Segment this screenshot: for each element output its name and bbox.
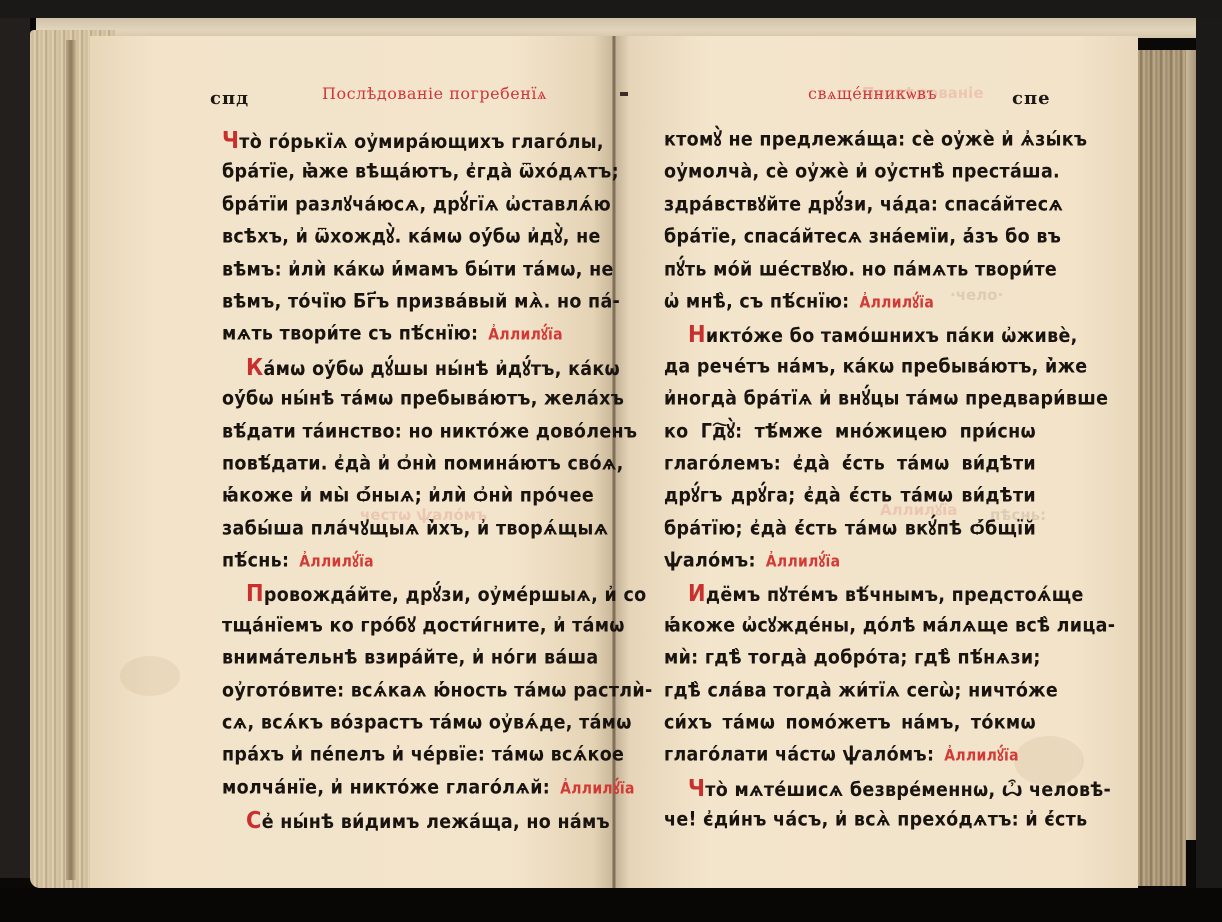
text-line: си́хъ та́мѡ помо́жетъ на́мъ, то́кмѡ <box>664 705 1036 741</box>
rubric-alleluia: А҆ллилꙋ́їа <box>859 294 934 312</box>
text-line: сѧ, всѧ́къ во́зрастъ та́мѡ оу҆вѧ́де, та́… <box>222 705 594 741</box>
text-line: ѱало́мъ:А҆ллилꙋ́їа <box>664 543 1036 579</box>
drop-initial: К <box>246 353 263 380</box>
text-line: вѣмъ, то́чїю Бг҃ъ призва́вый мѧ̀. но па́… <box>222 284 594 320</box>
rubric-alleluia: А҆ллилꙋ́їа <box>488 326 563 344</box>
text-line: ктомꙋ̀ не предлежа́ща: сѐ оу҆жѐ и҆ ѧ҆зы́… <box>664 122 1036 158</box>
text-line: ѡ҆ мнѣ̀, съ пѣ́снїю:А҆ллилꙋ́їа <box>664 284 1036 320</box>
text-line: да рече́тъ на́мъ, ка́кѡ пребыва́ютъ, и҆̀… <box>664 349 1036 385</box>
text-line: молча́нїе, и҆ никто́же глаго́лѧй:А҆ллилꙋ… <box>222 770 594 806</box>
backdrop-top <box>0 0 1222 18</box>
rubric-alleluia: А҆ллилꙋ́їа <box>944 748 1019 766</box>
text-line: повѣ́дати. є҆да̀ и҆ ѻ҆нѝ помина́ютъ сво́… <box>222 446 594 482</box>
text-line: Что̀ го́рькїѧ оу҆мира́ющихъ глаго́лы, <box>222 122 594 158</box>
drop-initial: Н <box>688 321 706 348</box>
text-line: Провожда́йте, дрꙋ́зи, оу҆ме́ршыѧ, и҆ со <box>222 576 594 612</box>
text-line: бра́тїе, спаса́йтесѧ зна́емїи, а҆́зъ бо … <box>664 219 1036 255</box>
text-line: Никто́же бо тамо́шнихъ па́ки ѡ҆живѐ, <box>664 316 1036 352</box>
text-line: здра́вствꙋйте дрꙋ́зи, ча́да: спаса́йтесѧ <box>664 187 1036 223</box>
book-top-edge <box>36 18 1196 38</box>
text-line: пра́хъ и҆ пе́пелъ и҆ че́рвїе: та́мѡ всѧ́… <box>222 737 594 773</box>
page-number-left: спд <box>210 88 249 109</box>
drop-initial: П <box>246 580 264 607</box>
right-page-edges <box>1136 50 1186 886</box>
text-line: ꙗ҆́коже ѡ҆сꙋжде́ны, до́лѣ ма́лѧще всѣ̀ л… <box>664 608 1036 644</box>
drop-initial: И <box>688 580 706 607</box>
paper-stain <box>120 656 180 696</box>
running-head-right: свѧще́нникѡвъ <box>808 84 937 104</box>
drop-initial: Ч <box>688 774 705 801</box>
text-line: дрꙋ́гъ дрꙋ́га; є҆да̀ є҆́сть та́мѡ ви́дѣт… <box>664 478 1036 514</box>
gutter-mark <box>620 92 628 96</box>
text-line: вѣмъ: и҆лѝ ка́кѡ и҆́мамъ бы́ти та́мѡ, не <box>222 252 594 288</box>
drop-initial: С <box>246 807 262 834</box>
text-line: всѣхъ, и҆ ѿхождꙋ̀. ка́мѡ оу҆́бѡ и҆дꙋ̀, н… <box>222 219 594 255</box>
text-line: гдѣ̀ сла́ва тогда̀ жи́тїѧ сегѡ̀; ничто́ж… <box>664 673 1036 709</box>
text-line: Ка́мѡ оу҆́бѡ дꙋ́шы ны́нѣ и҆дꙋ́тъ, ка́кѡ <box>222 349 594 385</box>
text-line: глаго́лемъ: є҆да̀ є҆́сть та́мѡ ви́дѣти <box>664 446 1036 482</box>
rubric-alleluia: А҆ллилꙋ́їа <box>560 780 635 798</box>
text-line: оу҆́бѡ ны́нѣ та́мѡ пребыва́ютъ, жела́хъ <box>222 381 594 417</box>
text-line: вѣ́дати та́инство: но никто́же дово́ленъ <box>222 414 594 450</box>
right-page-text: ктомꙋ̀ не предлежа́ща: сѐ оу҆жѐ и҆ ѧ҆зы́… <box>664 124 1036 837</box>
backdrop-left <box>0 18 30 878</box>
text-line: забы́ша пла́чꙋщыѧ и҆̀хъ, и҆ творѧ́щыѧ <box>222 511 594 547</box>
text-line: ꙗ҆́коже и҆ мы̀ ѻ҆́ныѧ; и҆лѝ ѻ҆нѝ про́чее <box>222 478 594 514</box>
running-head-left: Послѣдованіе погребенїѧ <box>322 84 547 104</box>
text-line: пѣ́снь:А҆ллилꙋ́їа <box>222 543 594 579</box>
text-line: оу҆молча̀, сѐ оу҆жѐ и҆ оу҆стнѣ̀ преста́ш… <box>664 154 1036 190</box>
page-fold <box>66 40 76 880</box>
text-line: мѝ: гдѣ̀ тогда̀ добро́та; гдѣ̀ пѣ́нѧзи; <box>664 640 1036 676</box>
text-line: оу҆гото́вите: всѧ́каѧ ю҆́ность та́мѡ рас… <box>222 673 594 709</box>
text-line: глаго́лати ча́стѡ ѱало́мъ:А҆ллилꙋ́їа <box>664 737 1036 773</box>
backdrop-right <box>1196 18 1222 888</box>
text-line: тща́нїемъ ко гро́бꙋ дости́гните, и҆ та́м… <box>222 608 594 644</box>
backdrop-bottom <box>0 888 1222 922</box>
text-line: бра́тїе, ꙗ҆̀же вѣща́ютъ, є҆гда̀ ѿхо́дѧтъ… <box>222 154 594 190</box>
right-page-edges-outer <box>1186 50 1196 840</box>
text-line: мѧть твори́те съ пѣ́снїю:А҆ллилꙋ́їа <box>222 316 594 352</box>
rubric-alleluia: А҆ллилꙋ́їа <box>299 553 374 571</box>
text-line: че! є҆ди́нъ ча́съ, и҆ всѧ̀ прехо́дѧтъ: и… <box>664 802 1036 838</box>
left-page-text: Что̀ го́рькїѧ оу҆мира́ющихъ глаго́лы, бр… <box>222 124 594 837</box>
text-line: пꙋ́ть мо́й ше́ствꙋю. но па́мѧть твори́те <box>664 252 1036 288</box>
text-line: бра́тїю; є҆да̀ є҆́сть та́мѡ вкꙋ́пѣ ѻ҆́бщ… <box>664 511 1036 547</box>
text-line: и҆ногда̀ бра́тїѧ и҆ внꙋ́цы та́мѡ предвар… <box>664 381 1036 417</box>
page-number-right: спе <box>1012 88 1051 109</box>
text-line: Се҆ ны́нѣ ви́димъ лежа́ща, но на́мъ <box>222 802 594 838</box>
drop-initial: Ч <box>222 127 239 154</box>
rubric-alleluia: А҆ллилꙋ́їа <box>766 553 841 571</box>
text-line: Что̀ мѧте́шисѧ безвре́меннѡ, ѽ человѣ- <box>664 770 1036 806</box>
text-line: Идёмъ пꙋте́мъ вѣ́чнымъ, предстоѧ́ще <box>664 576 1036 612</box>
text-line: внима́тельнѣ взира́йте, и҆ но́ги ва́ша <box>222 640 594 676</box>
text-line: ко Гд҇ꙋ̀: тѣ́мже мно́жицею при́снѡ <box>664 414 1036 450</box>
text-line: бра́тїи разлꙋча́юсѧ, дрꙋ́гїѧ ѡ҆ставлѧ́ю <box>222 187 594 223</box>
